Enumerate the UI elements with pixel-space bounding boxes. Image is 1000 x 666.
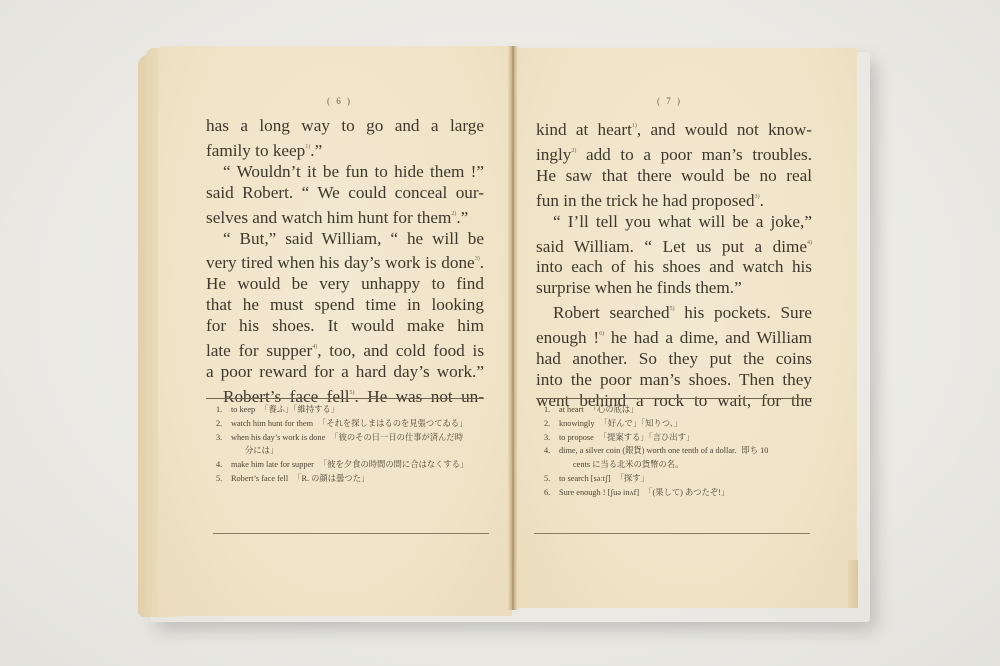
line-text: Robert searched [553, 303, 670, 322]
text-line: late for supper4), too, and cold food is [206, 337, 484, 362]
line-text-after: . [760, 191, 764, 210]
text-line: very tired when his day’s work is done3)… [206, 249, 484, 274]
line-text-after: his pockets. Sure [675, 303, 812, 322]
footnote-term: at heart [559, 405, 584, 414]
footnote-translation: 「好んで」「知りつ、」 [600, 419, 683, 428]
footnote-translation: 「提案する」「言ひ出す」 [599, 433, 694, 442]
footnote-number: 2. [544, 417, 559, 431]
footnote-term: when his day’s work is done [231, 433, 325, 442]
line-text: into the poor man’s shoes. Then they [536, 370, 812, 389]
left-footnote-rule [206, 398, 484, 399]
line-text: selves and watch him hunt for them [206, 208, 451, 227]
text-line: for his shoes. It would make him [206, 316, 484, 337]
footnote-translation: 「養ふ」「維持する」 [260, 405, 339, 414]
footnote-term: to keep [231, 405, 255, 414]
right-footnote-rule [536, 398, 812, 399]
footnote-translation: 「探す」 [616, 474, 649, 483]
footnote-item: 3.when his day’s work is done「彼のその日一日の仕事… [216, 431, 496, 445]
text-line: said William. “ Let us put a dime4) [536, 233, 812, 258]
footnote-translation: 「(果して) あつたぞ!」 [644, 488, 729, 497]
text-line: ingly2) add to a poor man’s troubles. [536, 141, 812, 166]
footnote-item: 6.Sure enough ! [ʃuə inʌf]「(果して) あつたぞ!」 [544, 486, 824, 500]
text-line: kind at heart1), and would not know- [536, 116, 812, 141]
line-text-after: , too, and cold food is [317, 341, 484, 360]
footnote-number: 6. [544, 486, 559, 500]
footnote-term: knowingly [559, 419, 595, 428]
text-line: “ Wouldn’t it be fun to hide them !” [206, 162, 484, 183]
line-text: has a long way to go and a large [206, 116, 484, 135]
right-page-number: ( 7 ) [657, 96, 682, 106]
line-text: “ Wouldn’t it be fun to hide them !” [223, 162, 484, 181]
text-line: “ I’ll tell you what will be a joke,” [536, 212, 812, 233]
text-line: into each of his shoes and watch his [536, 257, 812, 278]
right-page-body: kind at heart1), and would not know-ingl… [536, 116, 812, 412]
line-text: late for supper [206, 341, 312, 360]
text-line: “ But,” said William, “ he will be [206, 229, 484, 250]
text-line: said Robert. “ We could conceal our- [206, 183, 484, 204]
text-line: surprise when he finds them.” [536, 278, 812, 299]
footnote-translation: 「心の底は」 [589, 405, 639, 414]
line-text: surprise when he finds them.” [536, 278, 742, 297]
line-text: for his shoes. It would make him [206, 316, 484, 335]
footnote-term: Robert’s face fell [231, 474, 288, 483]
footnote-item: 4.dime, a silver coin (銀貨) worth one ten… [544, 444, 824, 458]
line-text: ingly [536, 145, 571, 164]
footnote-item: 3.to propose「提案する」「言ひ出す」 [544, 431, 824, 445]
line-text: very tired when his day’s work is done [206, 253, 475, 272]
text-line: family to keep1).” [206, 137, 484, 162]
line-text: family to keep [206, 141, 305, 160]
left-page-number: ( 6 ) [327, 96, 352, 106]
line-text: a poor reward for a hard day’s work.” [206, 362, 484, 381]
line-text: fun in the trick he had proposed [536, 191, 755, 210]
text-line: enough !6) he had a dime, and William [536, 324, 812, 349]
footnote-term: to propose [559, 433, 594, 442]
footnote-item: 1.to keep「養ふ」「維持する」 [216, 403, 496, 417]
line-text: into each of his shoes and watch his [536, 257, 812, 276]
footnote-term: to search [səːtʃ] [559, 474, 611, 483]
footnote-number: 2. [216, 417, 231, 431]
text-line: into the poor man’s shoes. Then they [536, 370, 812, 391]
right-footnotes: 1.at heart「心の底は」2.knowingly「好んで」「知りつ、」3.… [544, 403, 824, 500]
left-bottom-rule [213, 533, 489, 534]
footnote-number: 5. [544, 472, 559, 486]
line-text-after: .” [456, 208, 468, 227]
right-bottom-rule [534, 533, 810, 534]
footnote-item: 2.watch him hunt for them「それを探しまはるのを見張つて… [216, 417, 496, 431]
footnote-term: watch him hunt for them [231, 419, 313, 428]
footnote-item: 5.to search [səːtʃ]「探す」 [544, 472, 824, 486]
left-page-body: has a long way to go and a largefamily t… [206, 116, 484, 408]
footnote-number: 1. [216, 403, 231, 417]
footnote-term: make him late for supper [231, 460, 314, 469]
line-text-after: , and would not know- [637, 120, 812, 139]
footnote-marker: 4) [807, 240, 812, 246]
line-text: “ But,” said William, “ he will be [223, 229, 484, 248]
line-text-after: . [480, 253, 484, 272]
footnote-translation: 「それを探しまはるのを見張つてゐる」 [318, 419, 467, 428]
text-line: a poor reward for a hard day’s work.” [206, 362, 484, 383]
line-text: that he must spend time in looking [206, 295, 484, 314]
footnote-number: 3. [544, 431, 559, 445]
book-gutter [508, 46, 518, 610]
line-text-after: .” [310, 141, 322, 160]
text-line: had another. So they put the coins [536, 349, 812, 370]
line-text: “ I’ll tell you what will be a joke,” [553, 212, 812, 231]
line-text: He saw that there would be no real [536, 166, 812, 185]
line-text-after: he had a dime, and William [604, 328, 812, 347]
footnote-item: 5.Robert’s face fell「R. の顔は曇つた」 [216, 472, 496, 486]
footnote-number: 5. [216, 472, 231, 486]
footnote-number: 4. [216, 458, 231, 472]
line-text: said Robert. “ We could conceal our- [206, 183, 484, 202]
footnote-number: 1. [544, 403, 559, 417]
page-edge-wear [848, 560, 858, 608]
footnote-number: 3. [216, 431, 231, 445]
footnote-translation: 「R. の顔は曇つた」 [293, 474, 369, 483]
text-line: He saw that there would be no real [536, 166, 812, 187]
text-line: He would be very unhappy to find [206, 274, 484, 295]
text-line: that he must spend time in looking [206, 295, 484, 316]
footnote-number: 4. [544, 444, 559, 458]
text-line: fun in the trick he had proposed3). [536, 187, 812, 212]
line-text-after: add to a poor man’s troubles. [576, 145, 812, 164]
footnote-translation: 即ち 10 [741, 446, 768, 455]
line-text: had another. So they put the coins [536, 349, 812, 368]
footnote-translation: 「彼のその日一日の仕事が済んだ時 [330, 433, 463, 442]
footnote-item: 4.make him late for supper「彼を夕食の時間の間に合はな… [216, 458, 496, 472]
line-text: said William. “ Let us put a dime [536, 237, 807, 256]
footnote-term: Sure enough ! [ʃuə inʌf] [559, 488, 639, 497]
text-line: has a long way to go and a large [206, 116, 484, 137]
line-text: kind at heart [536, 120, 632, 139]
line-text: He would be very unhappy to find [206, 274, 484, 293]
footnote-term: dime, a silver coin (銀貨) worth one tenth… [559, 446, 736, 455]
text-line: selves and watch him hunt for them2).” [206, 204, 484, 229]
left-footnotes: 1.to keep「養ふ」「維持する」2.watch him hunt for … [216, 403, 496, 486]
text-line: Robert searched5) his pockets. Sure [536, 299, 812, 324]
footnote-continuation: cents に当る北米の貨幣の名。 [544, 458, 824, 472]
line-text: enough ! [536, 328, 599, 347]
footnote-continuation: 分には」 [216, 444, 496, 458]
footnote-translation: 「彼を夕食の時間の間に合はなくする」 [319, 460, 468, 469]
footnote-item: 2.knowingly「好んで」「知りつ、」 [544, 417, 824, 431]
footnote-item: 1.at heart「心の底は」 [544, 403, 824, 417]
